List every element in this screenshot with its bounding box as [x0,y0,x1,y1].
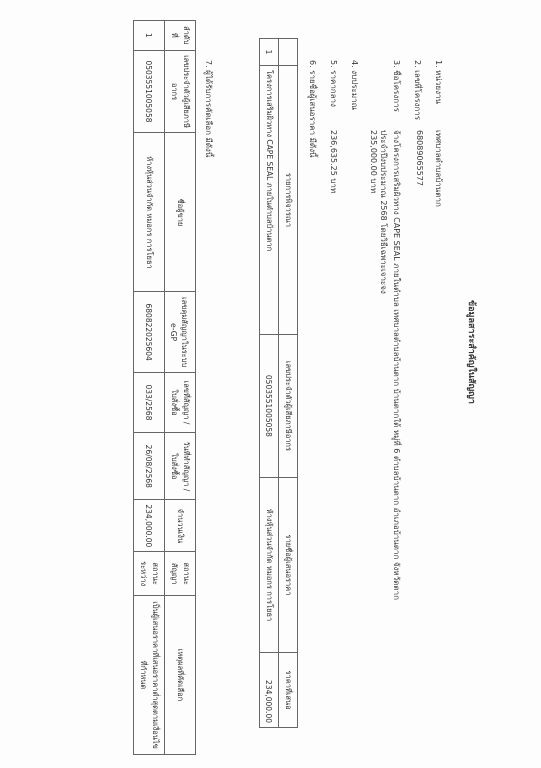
cell: 26/08/2568 [134,433,165,500]
header-cell: รายการพิจารณา [279,66,298,335]
page-title: ข้อมูลสาระสำคัญในสัญญา [465,300,479,404]
budget-label: 4. งบประมาณ [348,60,361,130]
cell: 234,000.00 [134,500,165,552]
winner-table: ลำดับที่ เลขประจำตัวผู้เสียภาษีอากร ชื่อ… [133,20,196,755]
spacer [367,60,380,130]
header-cell [279,39,298,66]
agency-value: เทศบาลตำบลบ้านตาก [432,130,445,207]
header-cell: เลขประจำตัวผู้เสียภาษีอากร [279,335,298,478]
header-cell: เหตุผลที่คัดเลือก [165,596,196,755]
bidders-table: รายการพิจารณา เลขประจำตัวผู้เสียภาษีอากร… [259,38,298,728]
header-cell: เลขคุมสัญญาในระบบ e-GP [165,292,196,372]
budget-row: 4. งบประมาณ [348,60,361,130]
cell: ห้างหุ้นส่วนจำกัด หมอกร การโยธา [134,133,165,292]
winner-heading: 7. ผู้ได้รับการคัดเลือก มีดังนี้ [202,60,215,157]
header-cell: ลำดับที่ [165,21,196,51]
cell: ห้างหุ้นส่วนจำกัด หมอกร การโยธา [260,477,279,652]
header-cell: เลขประจำตัวผู้เสียภาษีอากร [165,50,196,133]
table-header-row: รายการพิจารณา เลขประจำตัวผู้เสียภาษีอากร… [279,39,298,728]
agency-row: 1. หน่วยงาน เทศบาลตำบลบ้านตาก [432,60,445,207]
cell: เป็นผู้เสนอราคาที่เสนอราคาต่ำสุดตามเงื่อ… [134,596,165,755]
bidders-heading: 6. รายชื่อผู้เสนอราคา มีดังนี้ [306,60,319,157]
project-name-label: 3. ชื่อโครงการ [390,60,403,130]
project-no-label: 2. เลขที่โครงการ [411,60,424,130]
cell: 0503551005058 [134,50,165,133]
project-name-value: จ้างโครงการเสริมผิวทาง CAPE SEAL ภายในตำ… [390,130,403,600]
cell: 1 [260,39,279,66]
cell: สถานะระหว่าง [134,552,165,596]
header-cell: วันที่ทำสัญญา / ใบสั่งซื้อ [165,433,196,500]
median-price-value: 236,635.25 บาท [327,130,340,193]
header-cell: เลขที่สัญญา / ใบสั่งซื้อ [165,372,196,432]
project-name-row-3: 235,000.00 บาท [367,60,380,193]
cell: 1 [134,21,165,51]
median-price-row: 5. ราคากลาง 236,635.25 บาท [327,60,340,193]
table-header-row: ลำดับที่ เลขประจำตัวผู้เสียภาษีอากร ชื่อ… [165,21,196,755]
agency-label: 1. หน่วยงาน [432,60,445,130]
document-page: ข้อมูลสาระสำคัญในสัญญา 1. หน่วยงาน เทศบา… [0,0,541,768]
cell: 680822025604 [134,292,165,372]
header-cell: จำนวนเงิน [165,500,196,552]
cell: 234,000.00 [260,653,279,728]
table-row: 1 โครงการเสริมผิวทาง CAPE SEAL ภายในตำบล… [260,39,279,728]
header-cell: ราคาที่เสนอ [279,653,298,728]
header-cell: สถานะสัญญา [165,552,196,596]
project-name-row: 3. ชื่อโครงการ จ้างโครงการเสริมผิวทาง CA… [390,60,403,600]
cell: 0503551005058 [260,335,279,478]
table-row: 1 0503551005058 ห้างหุ้นส่วนจำกัด หมอกร … [134,21,165,755]
scanned-page-background: ข้อมูลสาระสำคัญในสัญญา 1. หน่วยงาน เทศบา… [0,0,541,768]
project-no-row: 2. เลขที่โครงการ 68089065577 [411,60,424,186]
cell: 033/2568 [134,372,165,432]
project-name-value-3: 235,000.00 บาท [367,130,380,193]
median-price-label: 5. ราคากลาง [327,60,340,130]
header-cell: ชื่อผู้ขาย [165,133,196,292]
project-no-value: 68089065577 [411,130,424,186]
header-cell: รายชื่อผู้เสนอราคา [279,477,298,652]
cell: โครงการเสริมผิวทาง CAPE SEAL ภายในตำบลบ้… [260,66,279,335]
